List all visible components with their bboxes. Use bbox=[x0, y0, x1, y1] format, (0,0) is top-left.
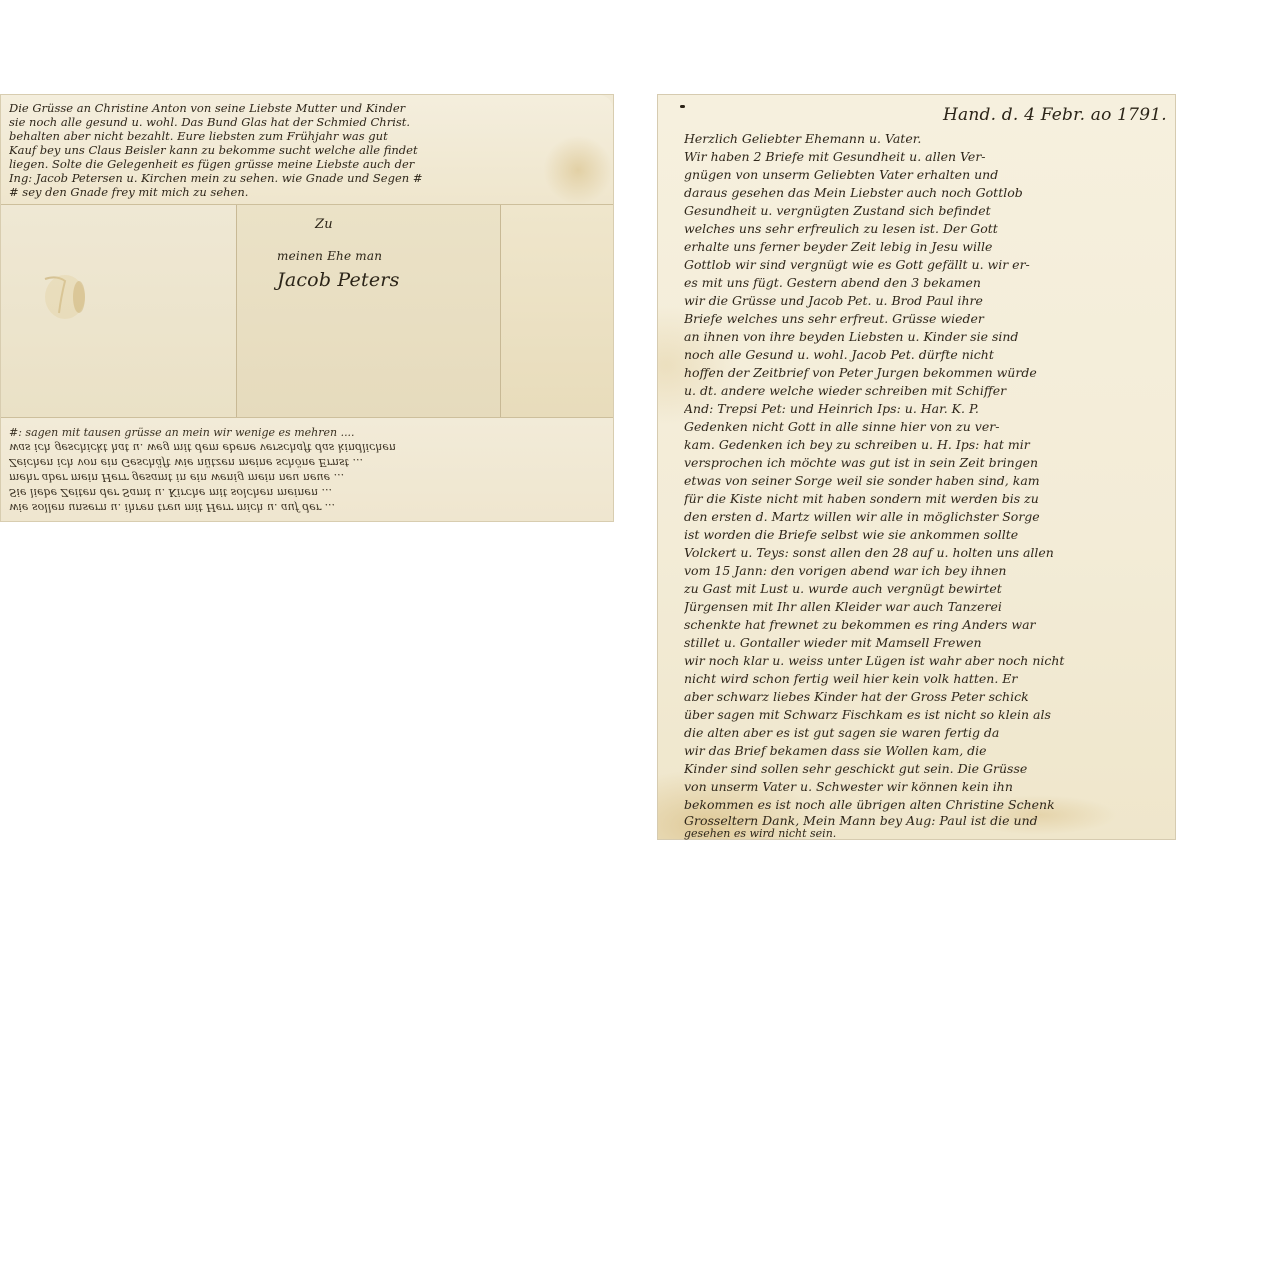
handwritten-line: erhalte uns ferner beyder Zeit lebig in … bbox=[684, 239, 1164, 254]
handwritten-line: nicht wird schon fertig weil hier kein v… bbox=[684, 671, 1164, 686]
handwritten-line: hoffen der Zeitbrief von Peter Jurgen be… bbox=[684, 365, 1164, 380]
handwritten-line: gnügen von unserm Geliebten Vater erhalt… bbox=[684, 167, 1164, 182]
handwritten-line: etwas von seiner Sorge weil sie sonder h… bbox=[684, 473, 1164, 488]
address-line-recipient-title: meinen Ehe man bbox=[277, 249, 382, 263]
left-fold-panel bbox=[1, 205, 237, 417]
handwritten-line: Grosseltern Dank, Mein Mann bey Aug: Pau… bbox=[684, 813, 1164, 828]
salutation: Herzlich Geliebter Ehemann u. Vater. bbox=[684, 131, 1164, 146]
address-recipient-name: Jacob Peters bbox=[277, 269, 400, 291]
address-section: Zu meinen Ehe man Jacob Peters bbox=[1, 205, 613, 417]
bottom-flap: #: sagen mit tausen grüsse an mein wir w… bbox=[1, 417, 613, 521]
handwritten-line: wir noch klar u. weiss unter Lügen ist w… bbox=[684, 653, 1164, 668]
handwritten-line: aber schwarz liebes Kinder hat der Gross… bbox=[684, 689, 1164, 704]
handwritten-line: von unserm Vater u. Schwester wir können… bbox=[684, 779, 1164, 794]
handwritten-line: ist worden die Briefe selbst wie sie ank… bbox=[684, 527, 1164, 542]
letter-page: Hand. d. 4 Febr. ao 1791. Herzlich Gelie… bbox=[657, 94, 1176, 840]
handwritten-line: Volckert u. Teys: sonst allen den 28 auf… bbox=[684, 545, 1164, 560]
handwritten-line: versprochen ich möchte was gut ist in se… bbox=[684, 455, 1164, 470]
handwritten-line: behalten aber nicht bezahlt. Eure liebst… bbox=[9, 129, 609, 143]
handwritten-line: an ihnen von ihre beyden Liebsten u. Kin… bbox=[684, 329, 1164, 344]
handwritten-line-inverted: Sie liebe Zeiten der Samt u. Kirche mit … bbox=[9, 486, 609, 499]
handwritten-line: bekommen es ist noch alle übrigen alten … bbox=[684, 797, 1164, 812]
handwritten-line: Wir haben 2 Briefe mit Gesundheit u. all… bbox=[684, 149, 1164, 164]
handwritten-line: den ersten d. Martz willen wir alle in m… bbox=[684, 509, 1164, 524]
handwritten-line: zu Gast mit Lust u. wurde auch vergnügt … bbox=[684, 581, 1164, 596]
address-line-zu: Zu bbox=[315, 217, 333, 232]
ink-dot-icon bbox=[680, 105, 685, 108]
handwritten-line: wir die Grüsse und Jacob Pet. u. Brod Pa… bbox=[684, 293, 1164, 308]
handwritten-line: liegen. Solte die Gelegenheit es fügen g… bbox=[9, 157, 609, 171]
handwritten-line: daraus gesehen das Mein Liebster auch no… bbox=[684, 185, 1164, 200]
handwritten-line: kam. Gedenken ich bey zu schreiben u. H.… bbox=[684, 437, 1164, 452]
handwritten-line-inverted: mehr aber mein Herr gesamt in ein wenig … bbox=[9, 471, 609, 484]
handwritten-line: es mit uns fügt. Gestern abend den 3 bek… bbox=[684, 275, 1164, 290]
handwritten-line: # sey den Gnade frey mit mich zu sehen. bbox=[9, 185, 609, 199]
handwritten-line: vom 15 Jann: den vorigen abend war ich b… bbox=[684, 563, 1164, 578]
handwritten-line: für die Kiste nicht mit haben sondern mi… bbox=[684, 491, 1164, 506]
closing-line: gesehen es wird nicht sein. bbox=[684, 827, 1164, 840]
handwritten-line: Die Grüsse an Christine Anton von seine … bbox=[9, 101, 609, 115]
handwritten-line: Briefe welches uns sehr erfreut. Grüsse … bbox=[684, 311, 1164, 326]
letter-date: Hand. d. 4 Febr. ao 1791. bbox=[943, 105, 1167, 125]
handwritten-line: Gottlob wir sind vergnügt wie es Gott ge… bbox=[684, 257, 1164, 272]
handwritten-line-inverted: Zeichen ich von ein Geschäft wie nützen … bbox=[9, 456, 609, 469]
handwritten-line: die alten aber es ist gut sagen sie ware… bbox=[684, 725, 1164, 740]
handwritten-line: über sagen mit Schwarz Fischkam es ist n… bbox=[684, 707, 1164, 722]
wax-seal-trace-icon bbox=[39, 267, 99, 325]
handwritten-line: And: Trepsi Pet: und Heinrich Ips: u. Ha… bbox=[684, 401, 1164, 416]
handwritten-line: Kinder sind sollen sehr geschickt gut se… bbox=[684, 761, 1164, 776]
handwritten-line: u. dt. andere welche wieder schreiben mi… bbox=[684, 383, 1164, 398]
handwritten-line-inverted: was ich geschickt hat u. weg mit dem ebe… bbox=[9, 441, 609, 454]
handwritten-line: sie noch alle gesund u. wohl. Das Bund G… bbox=[9, 115, 609, 129]
address-panel: Zu meinen Ehe man Jacob Peters bbox=[237, 205, 501, 417]
right-fold-panel bbox=[501, 205, 613, 417]
handwritten-line: Ing: Jacob Petersen u. Kirchen mein zu s… bbox=[9, 171, 609, 185]
handwritten-line: Gesundheit u. vergnügten Zustand sich be… bbox=[684, 203, 1164, 218]
handwritten-line: #: sagen mit tausen grüsse an mein wir w… bbox=[9, 426, 609, 439]
folded-letter-outer: Die Grüsse an Christine Anton von seine … bbox=[0, 94, 614, 522]
handwritten-line: schenkte hat frewnet zu bekommen es ring… bbox=[684, 617, 1164, 632]
handwritten-line: Jürgensen mit Ihr allen Kleider war auch… bbox=[684, 599, 1164, 614]
handwritten-line: wir das Brief bekamen dass sie Wollen ka… bbox=[684, 743, 1164, 758]
handwritten-line: stillet u. Gontaller wieder mit Mamsell … bbox=[684, 635, 1164, 650]
handwritten-line: noch alle Gesund u. wohl. Jacob Pet. dür… bbox=[684, 347, 1164, 362]
handwritten-line-inverted: wie sollen unsern u. ihren treu mit Herr… bbox=[9, 501, 609, 514]
top-flap: Die Grüsse an Christine Anton von seine … bbox=[1, 95, 613, 205]
handwritten-line: Kauf bey uns Claus Beisler kann zu bekom… bbox=[9, 143, 609, 157]
handwritten-line: welches uns sehr erfreulich zu lesen ist… bbox=[684, 221, 1164, 236]
handwritten-line: Gedenken nicht Gott in alle sinne hier v… bbox=[684, 419, 1164, 434]
